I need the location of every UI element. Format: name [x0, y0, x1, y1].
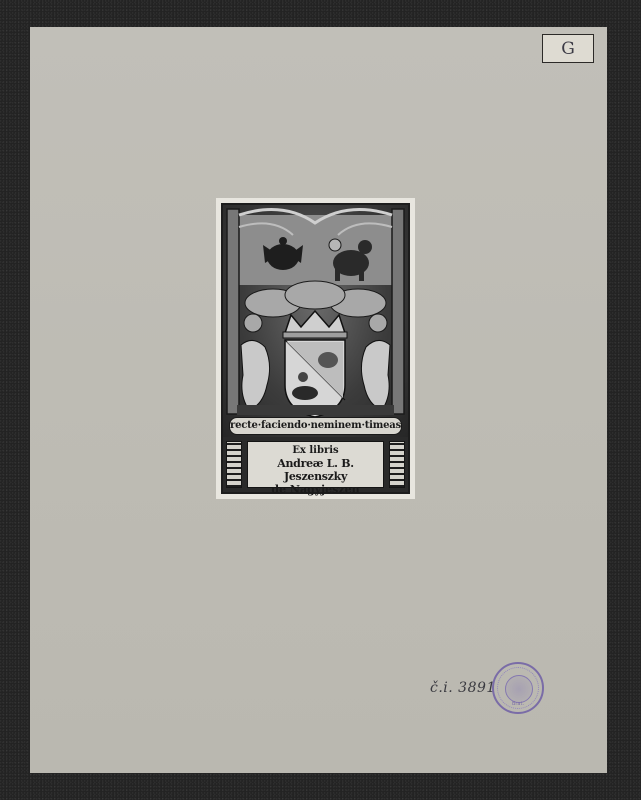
right-ornament-icon — [389, 441, 405, 488]
stamp-label: Brat. — [494, 701, 542, 707]
heraldry-icon — [223, 205, 408, 437]
bookplate-print: recte·faciendo·neminem·timeas Ex libris … — [221, 203, 410, 494]
corner-tag: G — [542, 34, 594, 63]
left-ornament-icon — [226, 441, 242, 488]
institution-stamp-icon: Brat. — [492, 662, 544, 714]
stamp-emblem-icon — [505, 675, 533, 703]
owner-name-box: Ex libris Andreæ L. B. Jeszenszky de Nag… — [247, 441, 384, 488]
owner-name: Andreæ L. B. Jeszenszky — [248, 457, 383, 483]
motto-banner: recte·faciendo·neminem·timeas — [229, 417, 402, 435]
corner-tag-letter: G — [561, 39, 575, 59]
inventory-number: č.i. 3891 — [430, 680, 496, 696]
owner-title: de Nagyjeszen — [248, 483, 383, 496]
name-panel: Ex libris Andreæ L. B. Jeszenszky de Nag… — [223, 437, 408, 492]
mount-sheet: G — [30, 27, 607, 773]
coat-of-arms-illustration: recte·faciendo·neminem·timeas — [223, 205, 408, 437]
bookplate: recte·faciendo·neminem·timeas Ex libris … — [216, 198, 415, 499]
ex-libris-label: Ex libris — [248, 445, 383, 457]
